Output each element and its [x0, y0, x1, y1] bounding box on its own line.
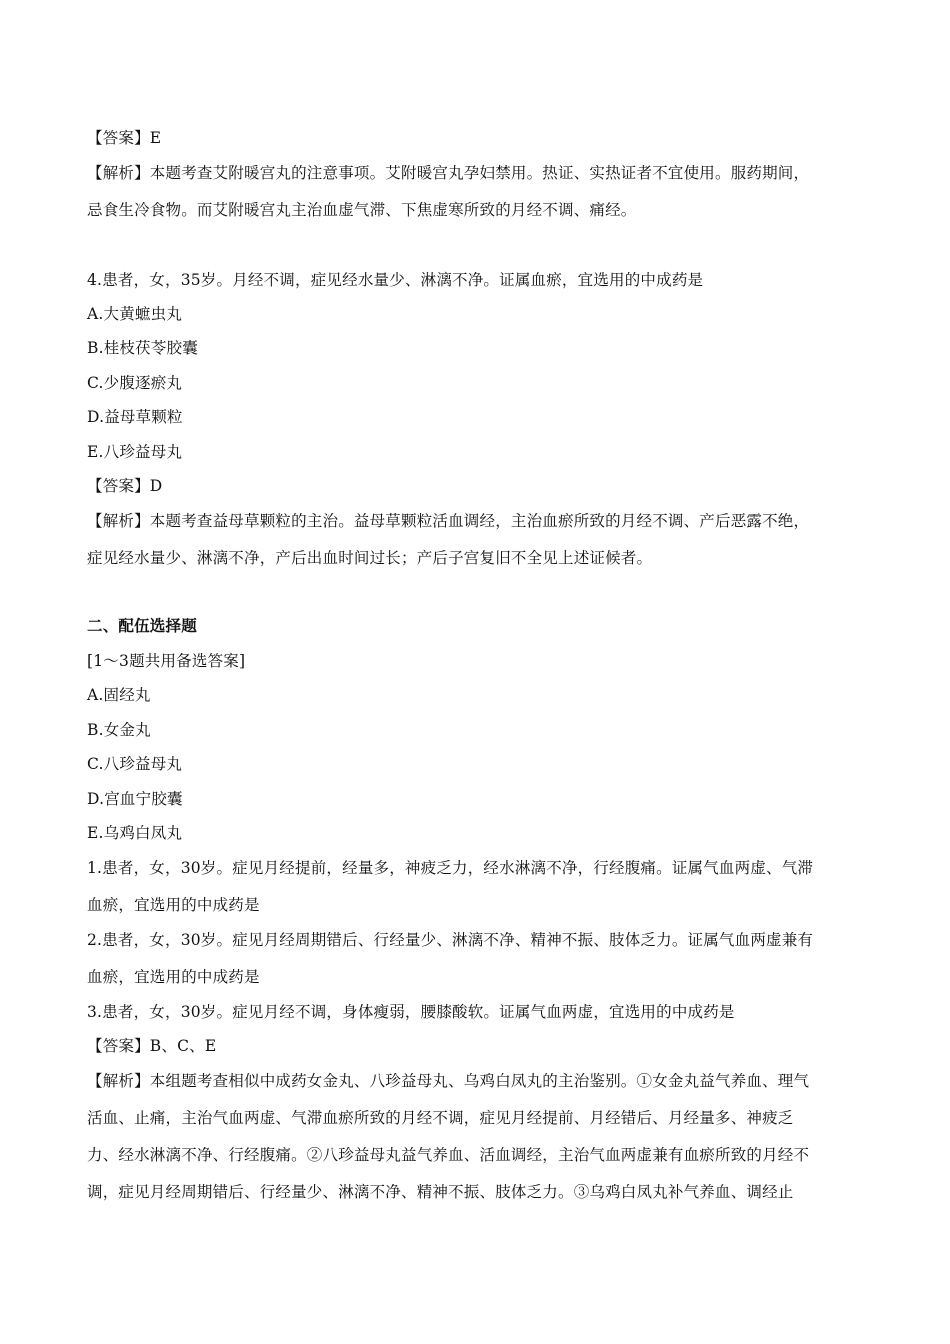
analysis-line: 症见经水量少、淋漓不净，产后出血时间过长；产后子宫复旧不全见上述证候者。	[87, 548, 652, 568]
option-c: C.八珍益母丸	[87, 754, 182, 774]
option-b: B.桂枝茯苓胶囊	[87, 338, 198, 358]
question-stem: 3.患者，女，30岁。症见月经不调，身体瘦弱，腰膝酸软。证属气血两虚，宜选用的中…	[87, 1002, 735, 1022]
option-b: B.女金丸	[87, 720, 151, 740]
question-stem: 2.患者，女，30岁。症见月经周期错后、行经量少、淋漓不净、精神不振、肢体乏力。…	[87, 930, 813, 950]
question-stem-cont: 血瘀，宜选用的中成药是	[87, 895, 260, 915]
analysis-line: 【解析】本组题考查相似中成药女金丸、八珍益母丸、乌鸡白凤丸的主治鉴别。①女金丸益…	[87, 1071, 809, 1091]
option-a: A.固经丸	[87, 685, 151, 705]
shared-options-note: [1～3题共用备选答案]	[87, 651, 245, 671]
answer-label: 【答案】B、C、E	[87, 1036, 216, 1056]
option-a: A.大黄蟅虫丸	[87, 304, 182, 324]
analysis-line: 【解析】本题考查艾附暖宫丸的注意事项。艾附暖宫丸孕妇禁用。热证、实热证者不宜使用…	[87, 163, 809, 183]
option-c: C.少腹逐瘀丸	[87, 373, 182, 393]
answer-label: 【答案】D	[87, 476, 162, 496]
option-d: D.宫血宁胶囊	[87, 789, 183, 809]
option-d: D.益母草颗粒	[87, 407, 183, 427]
option-e: E.八珍益母丸	[87, 442, 182, 462]
section-heading: 二、配伍选择题	[87, 616, 197, 636]
analysis-line: 活血、止痛，主治气血两虚、气滞血瘀所致的月经不调，症见月经提前、月经错后、月经量…	[87, 1108, 794, 1128]
question-stem: 4.患者，女，35岁。月经不调，症见经水量少、淋漓不净。证属血瘀，宜选用的中成药…	[87, 270, 703, 290]
analysis-line: 忌食生冷食物。而艾附暖宫丸主治血虚气滞、下焦虚寒所致的月经不调、痛经。	[87, 200, 637, 220]
analysis-line: 力、经水淋漓不净、行经腹痛。②八珍益母丸益气养血、活血调经，主治气血两虚兼有血瘀…	[87, 1145, 809, 1165]
answer-label: 【答案】E	[87, 128, 161, 148]
analysis-line: 调，症见月经周期错后、行经量少、淋漓不净、精神不振、肢体乏力。③乌鸡白凤丸补气养…	[87, 1182, 794, 1202]
option-e: E.乌鸡白凤丸	[87, 823, 182, 843]
analysis-line: 【解析】本题考查益母草颗粒的主治。益母草颗粒活血调经，主治血瘀所致的月经不调、产…	[87, 511, 809, 531]
question-stem-cont: 血瘀，宜选用的中成药是	[87, 967, 260, 987]
question-stem: 1.患者，女，30岁。症见月经提前，经量多，神疲乏力，经水淋漓不净，行经腹痛。证…	[87, 858, 813, 878]
